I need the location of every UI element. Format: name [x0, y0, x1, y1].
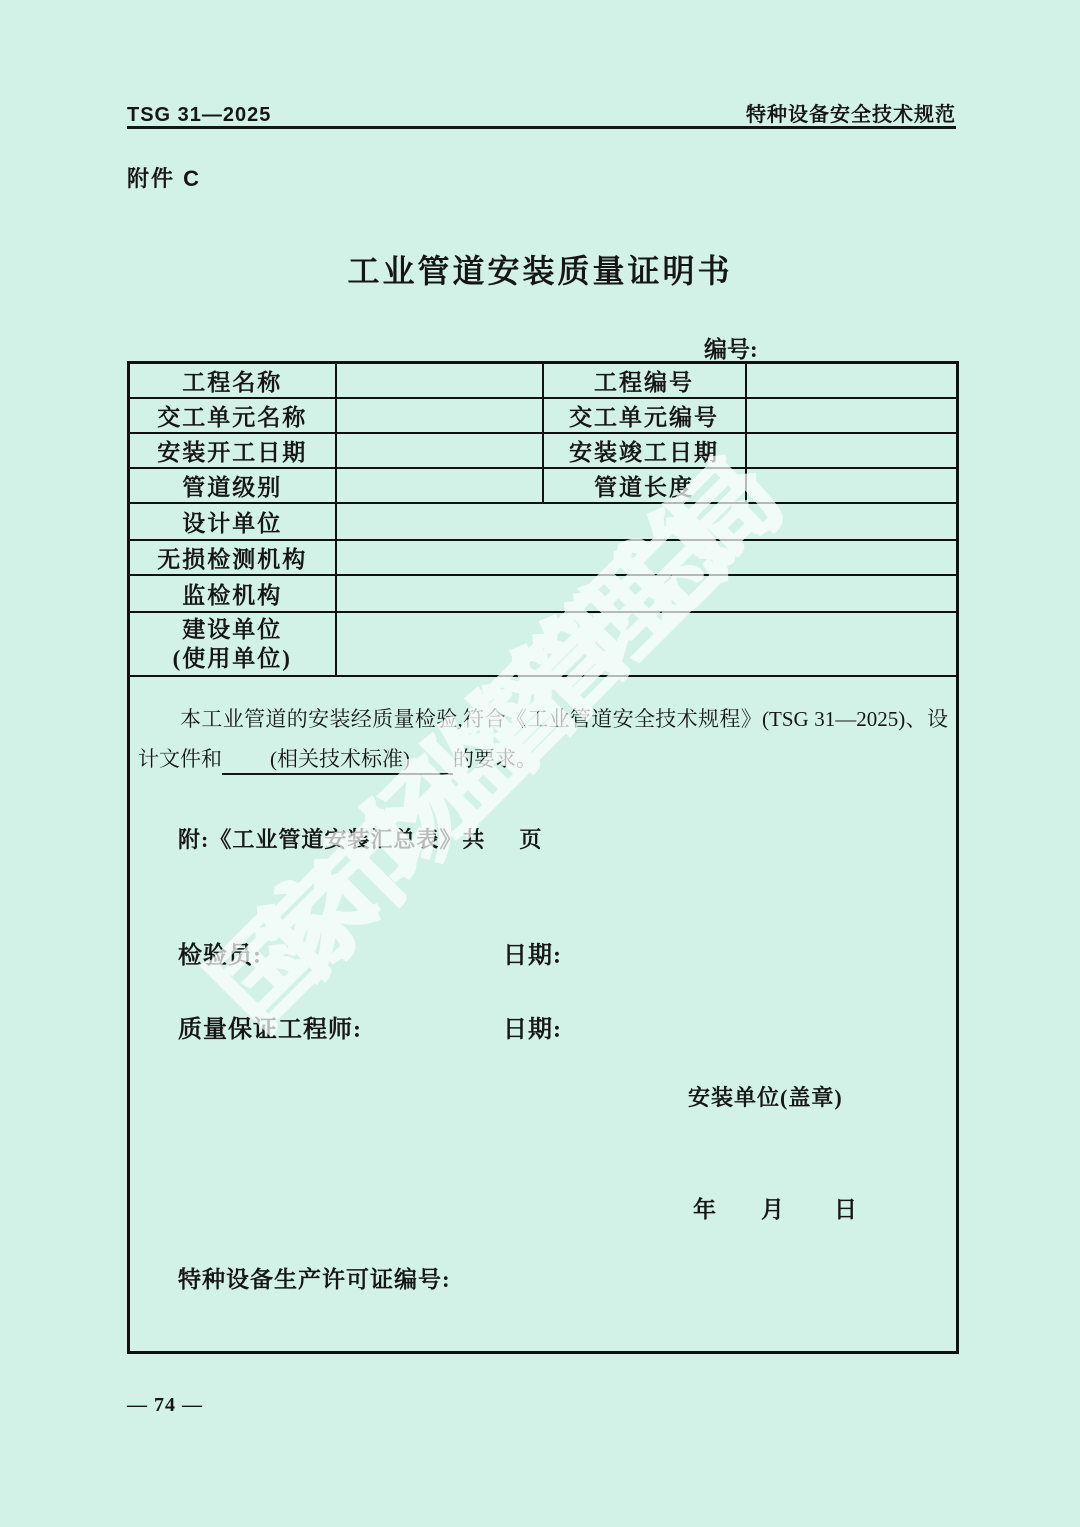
day-label: 日 [834, 1197, 857, 1222]
statement-cell: 本工业管道的安装经质量检验,符合《工业管道安全技术规程》(TSG 31—2025… [129, 676, 958, 1353]
value-project-name [336, 363, 543, 399]
value-pipe-class [336, 468, 543, 503]
attachment-note-suffix: 页 [519, 827, 542, 852]
label-design-unit: 设计单位 [129, 503, 336, 540]
table-row: 安装开工日期 安装竣工日期 [129, 433, 958, 468]
label-pipe-class: 管道级别 [129, 468, 336, 503]
doc-code: TSG 31—2025 [127, 104, 271, 127]
label-handover-unit-number: 交工单元编号 [543, 398, 746, 433]
page-title: 工业管道安装质量证明书 [0, 246, 1080, 292]
attachment-note-prefix: 附:《工业管道安装汇总表》共 [178, 827, 485, 852]
value-supervision-agency [336, 575, 958, 612]
document-page: TSG 31—2025 特种设备安全技术规范 附件 C 工业管道安装质量证明书 … [0, 0, 1080, 1527]
date-line: 年月日 [693, 1191, 857, 1224]
value-project-number [746, 363, 958, 399]
label-handover-unit-name: 交工单元名称 [129, 398, 336, 433]
value-pipe-length [746, 468, 958, 503]
table-row: 设计单位 [129, 503, 958, 540]
value-construction-unit [336, 612, 958, 676]
month-label: 月 [761, 1197, 784, 1222]
label-project-number: 工程编号 [543, 363, 746, 399]
label-construction-unit-line1: 建设单位 [130, 615, 335, 644]
attachment-label: 附件 C [127, 162, 201, 193]
value-handover-unit-number [746, 398, 958, 433]
label-construction-unit-line2: (使用单位) [130, 644, 335, 673]
table-row: 监检机构 [129, 575, 958, 612]
install-unit-seal-label: 安装单位(盖章) [688, 1081, 843, 1112]
attachment-note: 附:《工业管道安装汇总表》共页 [178, 823, 542, 854]
certificate-table: 工程名称 工程编号 交工单元名称 交工单元编号 安装开工日期 安装竣工日期 管道… [127, 361, 959, 1354]
table-row: 交工单元名称 交工单元编号 [129, 398, 958, 433]
inspector-label: 检验员: [178, 935, 262, 970]
page-header: TSG 31—2025 特种设备安全技术规范 [127, 98, 956, 127]
value-install-finish-date [746, 433, 958, 468]
table-row: 管道级别 管道长度 [129, 468, 958, 503]
table-row: 无损检测机构 [129, 540, 958, 575]
value-design-unit [336, 503, 958, 540]
number-label: 编号: [704, 331, 758, 364]
value-ndt-agency [336, 540, 958, 575]
label-construction-unit: 建设单位 (使用单位) [129, 612, 336, 676]
statement-part2: 的要求。 [453, 747, 537, 771]
qa-date-label: 日期: [503, 1009, 562, 1044]
label-pipe-length: 管道长度 [543, 468, 746, 503]
table-row: 建设单位 (使用单位) [129, 612, 958, 676]
label-project-name: 工程名称 [129, 363, 336, 399]
table-row: 本工业管道的安装经质量检验,符合《工业管道安全技术规程》(TSG 31—2025… [129, 676, 958, 1353]
year-label: 年 [693, 1197, 716, 1222]
blank-underline: (相关技术标准) [222, 746, 453, 775]
page-number: — 74 — [127, 1394, 203, 1417]
label-install-start-date: 安装开工日期 [129, 433, 336, 468]
qa-engineer-label: 质量保证工程师: [178, 1009, 362, 1044]
doc-category: 特种设备安全技术规范 [746, 98, 956, 127]
statement-paragraph: 本工业管道的安装经质量检验,符合《工业管道安全技术规程》(TSG 31—2025… [138, 699, 948, 779]
label-supervision-agency: 监检机构 [129, 575, 336, 612]
inspector-date-label: 日期: [503, 935, 562, 970]
value-handover-unit-name [336, 398, 543, 433]
table-row: 工程名称 工程编号 [129, 363, 958, 399]
value-install-start-date [336, 433, 543, 468]
label-install-finish-date: 安装竣工日期 [543, 433, 746, 468]
license-number-label: 特种设备生产许可证编号: [178, 1261, 451, 1294]
label-ndt-agency: 无损检测机构 [129, 540, 336, 575]
header-rule [127, 126, 956, 129]
